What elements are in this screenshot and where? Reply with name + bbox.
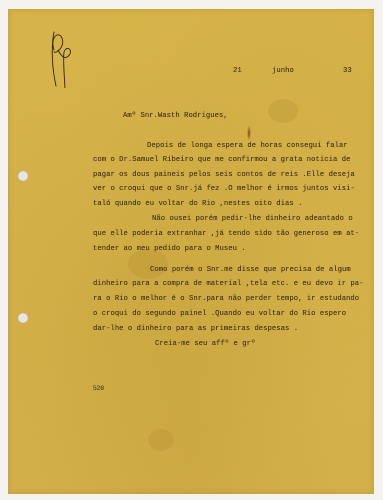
punch-hole — [18, 171, 28, 181]
letter-line: pagar os dous paineis pelos seis contos … — [93, 171, 355, 179]
letter-line: dar-lhe o dinheiro para as primeiras des… — [93, 325, 298, 333]
letter-line: Não ousei porém pedir-lhe dinheiro adean… — [152, 215, 353, 223]
punch-hole — [18, 313, 28, 323]
letter-line: que elle poderia extranhar ,já tendo sid… — [93, 230, 359, 238]
letter-line: taló quando eu voltar do Rio ,nestes oit… — [93, 200, 302, 208]
date-year: 33 — [343, 67, 352, 75]
closing-line: Creia-me seu affº e grº — [155, 340, 255, 348]
letter-line: com o Dr.Samuel Ribeiro que me confirmou… — [93, 156, 350, 164]
letter-line: ver o croqui que o Snr.já fez .O melhor … — [93, 185, 355, 193]
letter-line: Como porém o Snr.me disse que precisa de… — [150, 266, 351, 274]
date-month: junho — [272, 67, 294, 75]
letter-line: tender ao meu pedido para o Museu . — [93, 245, 246, 253]
page-number: 528 — [93, 385, 104, 392]
letter-line: dinheiro para a compra de material ,tela… — [93, 280, 364, 288]
letter-line: o croqui do segundo painel .Quando eu vo… — [93, 310, 346, 318]
paper-stain — [128, 249, 168, 279]
letter-line: ra o Rio o melhor é o Snr.para não perde… — [93, 295, 359, 303]
date-day: 21 — [233, 67, 242, 75]
paper-stain — [148, 429, 174, 451]
letter-line: Depois de longa espera de horas consegui… — [147, 142, 348, 150]
salutation: Amº Snr.Wasth Rodrigues, — [123, 112, 228, 120]
ink-blot — [247, 125, 251, 141]
handwritten-initials-mark — [48, 28, 78, 88]
paper-stain — [268, 99, 298, 123]
